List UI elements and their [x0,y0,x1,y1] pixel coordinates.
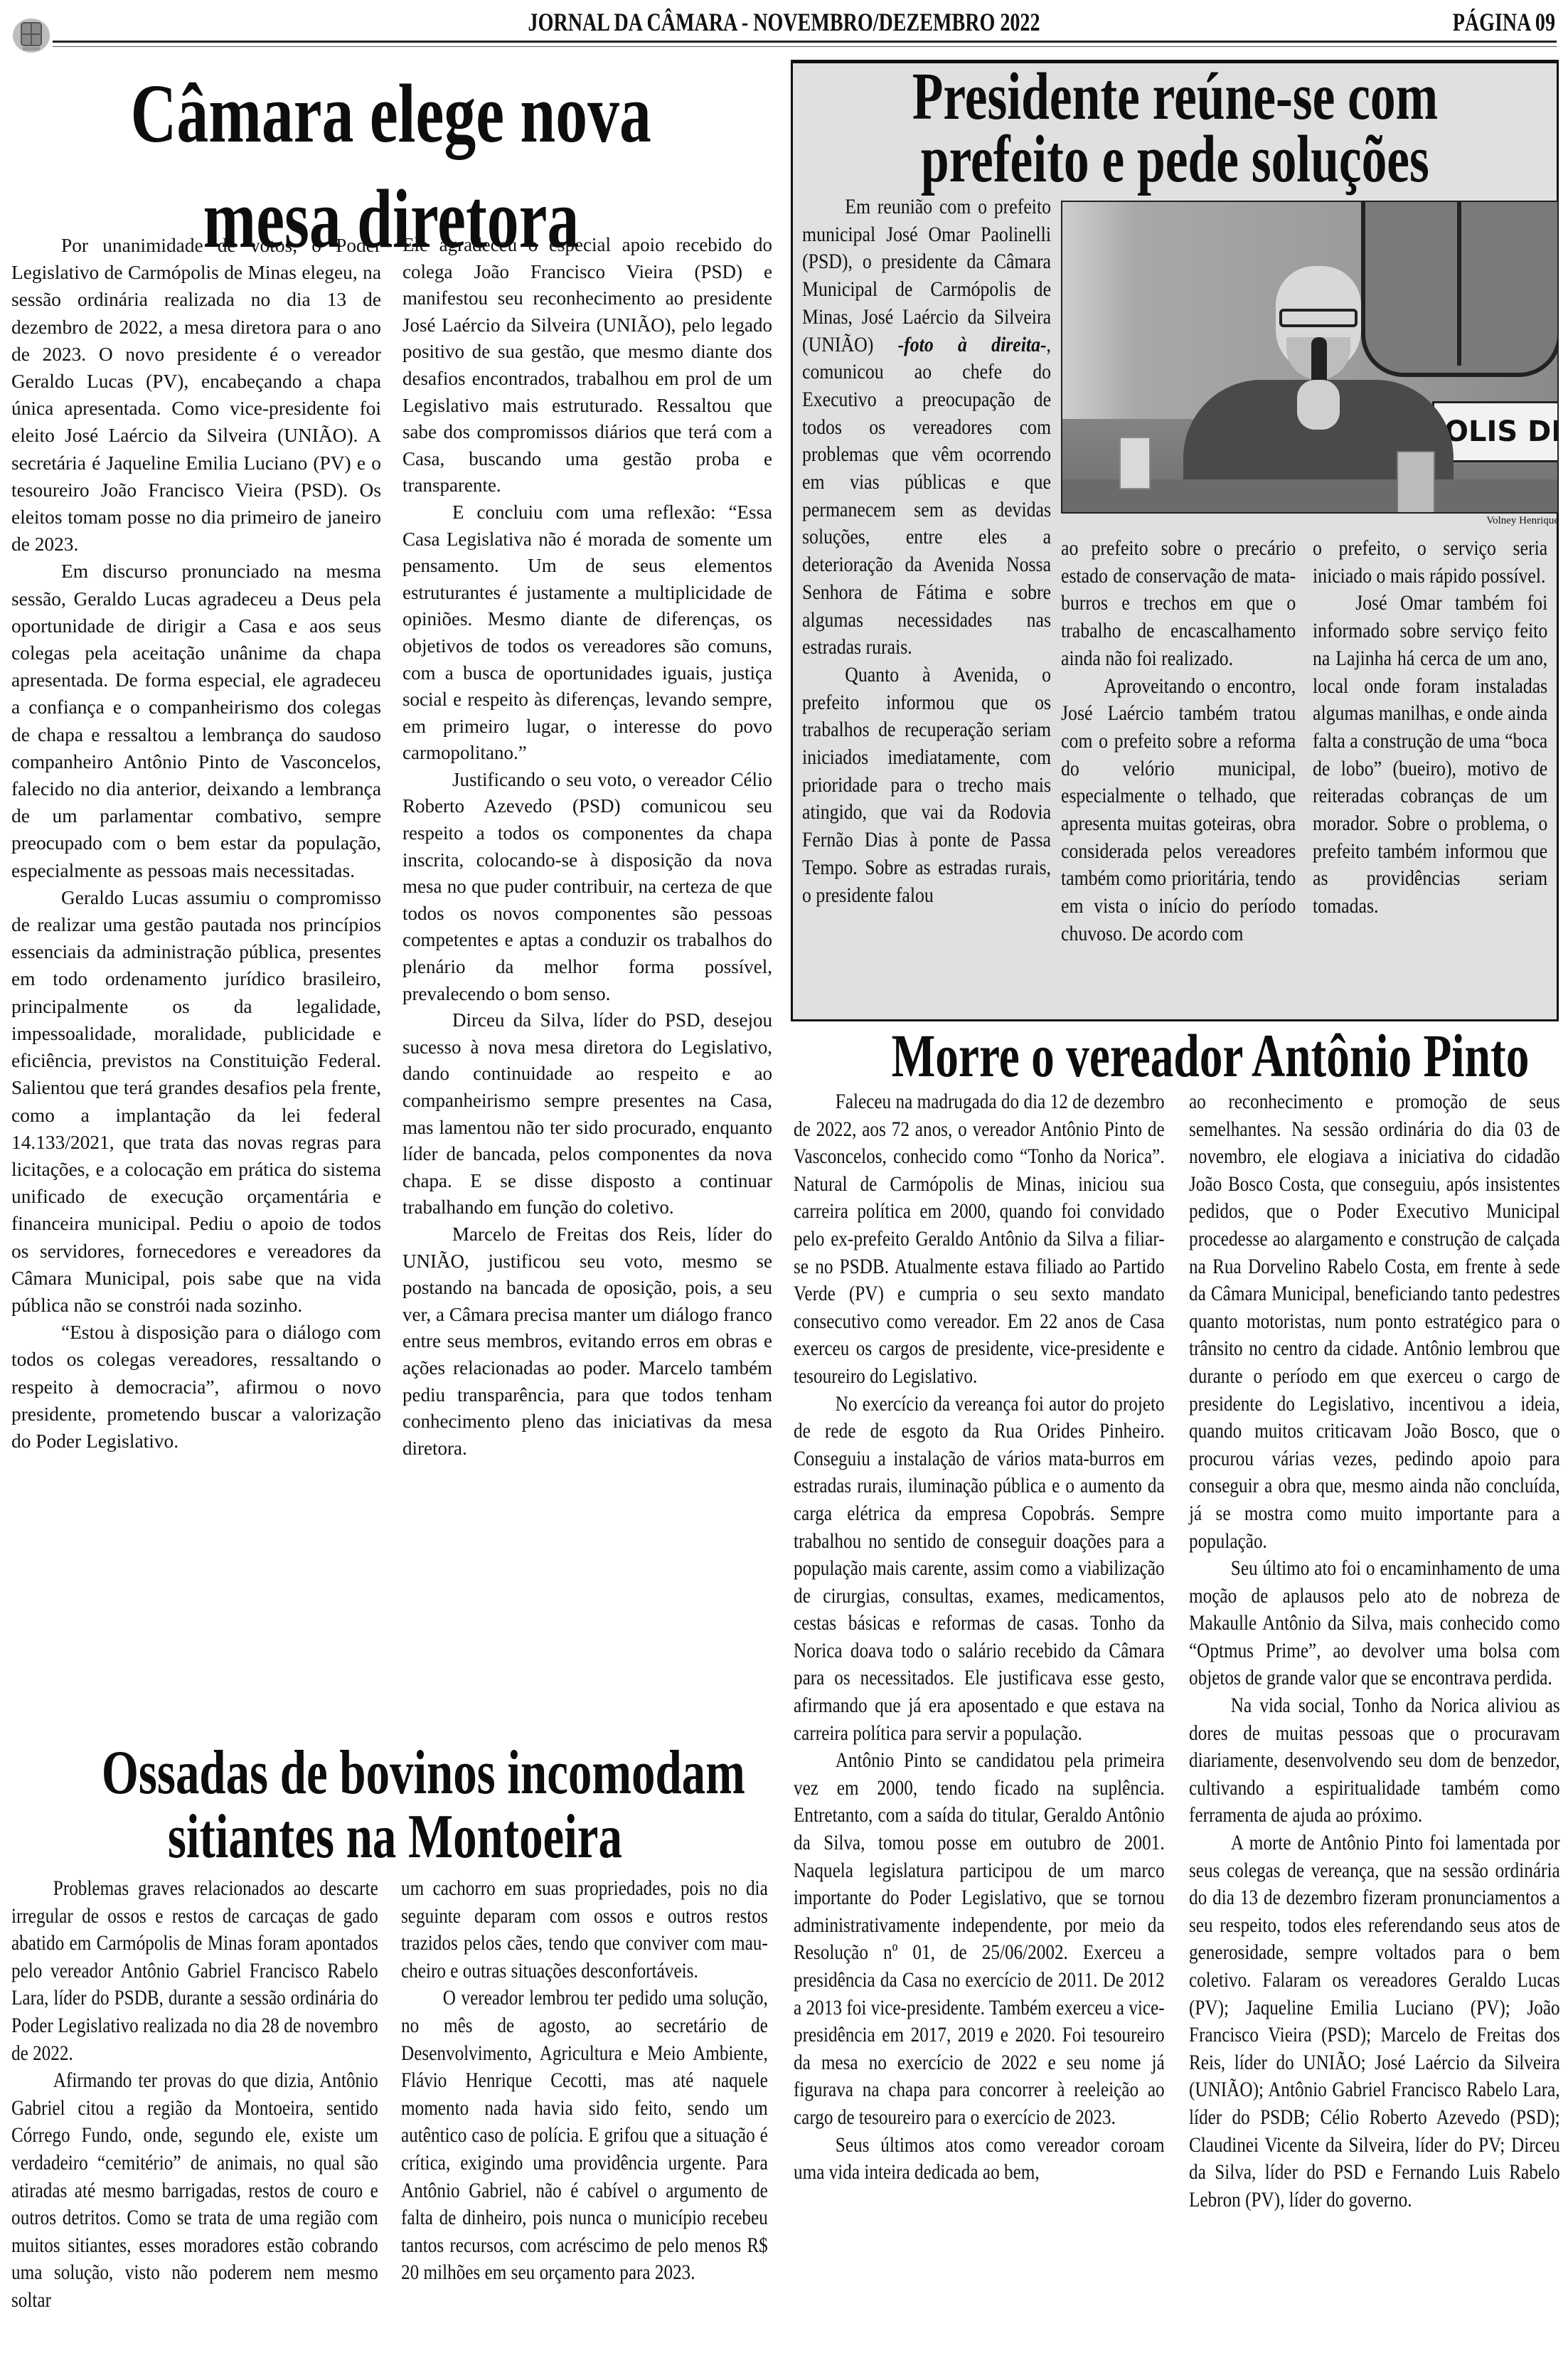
paragraph: Seu último ato foi o encaminhamento de u… [1189,1555,1560,1692]
paragraph: Dirceu da Silva, líder do PSD, desejou s… [402,1007,772,1221]
article-antonio-column-1: Faleceu na madrugada do dia 12 de dezemb… [794,1088,1165,2187]
paragraph: Justificando o seu voto, o vereador Céli… [402,767,772,1007]
headline-ossadas-bovinos: Ossadas de bovinos incomodam sitiantes n… [0,1741,789,1869]
paragraph: “Estou à disposição para o diálogo com t… [11,1319,381,1455]
paragraph: A morte de Antônio Pinto foi lamentada p… [1189,1829,1560,2214]
paragraph: Seus últimos atos como vereador coroam u… [794,2132,1165,2187]
paragraph: Na vida social, Tonho da Norica aliviou … [1189,1692,1560,1829]
paragraph: Faleceu na madrugada do dia 12 de dezemb… [794,1088,1165,1391]
article-ossadas-column-1: Problemas graves relacionados ao descart… [11,1875,378,2315]
paragraph: No exercício da vereança foi autor do pr… [794,1391,1165,1748]
paragraph: ao prefeito sobre o precário estado de c… [1061,535,1296,673]
paragraph: Em reunião com o prefeito municipal José… [802,193,1051,662]
paragraph: Problemas graves relacionados ao descart… [11,1875,378,2067]
paragraph: Aproveitando o encontro, José Laércio ta… [1061,673,1296,948]
paragraph: Por unanimidade de votos, o Poder Legisl… [11,232,381,558]
paragraph: Antônio Pinto se candidatou pela primeir… [794,1747,1165,2131]
paragraph: ao reconhecimento e promoção de seus sem… [1189,1088,1560,1555]
article-prefeito-column-3: o prefeito, o serviço seria iniciado o m… [1313,535,1547,920]
page-number: PÁGINA 09 [1424,7,1555,37]
paragraph: E concluiu com uma reflexão: “Essa Casa … [402,499,772,767]
masthead-divider [53,41,1557,47]
article-prefeito-column-1: Em reunião com o prefeito municipal José… [802,193,1051,909]
article-mesa-column-1: Por unanimidade de votos, o Poder Legisl… [11,232,381,1455]
photo-president-speaking: OLIS DE M [1061,201,1559,514]
photo-reference-note: -foto à direita- [898,333,1047,356]
photo-credit: Volney Henrique [1061,515,1559,527]
article-prefeito-column-2: ao prefeito sobre o precário estado de c… [1061,535,1296,948]
headline-presidente-prefeito: Presidente reúne-se com prefeito e pede … [791,65,1559,191]
paragraph: o prefeito, o serviço seria iniciado o m… [1313,535,1547,590]
paragraph: Marcelo de Freitas dos Reis, líder do UN… [402,1221,772,1462]
paragraph: Geraldo Lucas assumiu o compromisso de r… [11,884,381,1319]
article-antonio-column-2: ao reconhecimento e promoção de seus sem… [1189,1088,1560,2214]
paragraph: O vereador lembrou ter pedido uma soluçã… [401,1985,768,2287]
paragraph: um cachorro em suas propriedades, pois n… [401,1875,768,1985]
headline-antonio-pinto: Morre o vereador Antônio Pinto [791,1027,1566,1084]
newspaper-masthead-title: JORNAL DA CÂMARA - NOVEMBRO/DEZEMBRO 202… [0,7,1568,37]
paragraph: Quanto à Avenida, o prefeito informou qu… [802,662,1051,909]
paragraph: Em discurso pronunciado na mesma sessão,… [11,558,381,883]
article-ossadas-column-2: um cachorro em suas propriedades, pois n… [401,1875,768,2287]
paragraph: José Omar também foi informado sobre ser… [1313,590,1547,920]
paragraph: Afirmando ter provas do que dizia, Antôn… [11,2067,378,2314]
paragraph: Ele agradeceu o especial apoio recebido … [402,232,772,499]
article-mesa-column-2: Ele agradeceu o especial apoio recebido … [402,232,772,1462]
